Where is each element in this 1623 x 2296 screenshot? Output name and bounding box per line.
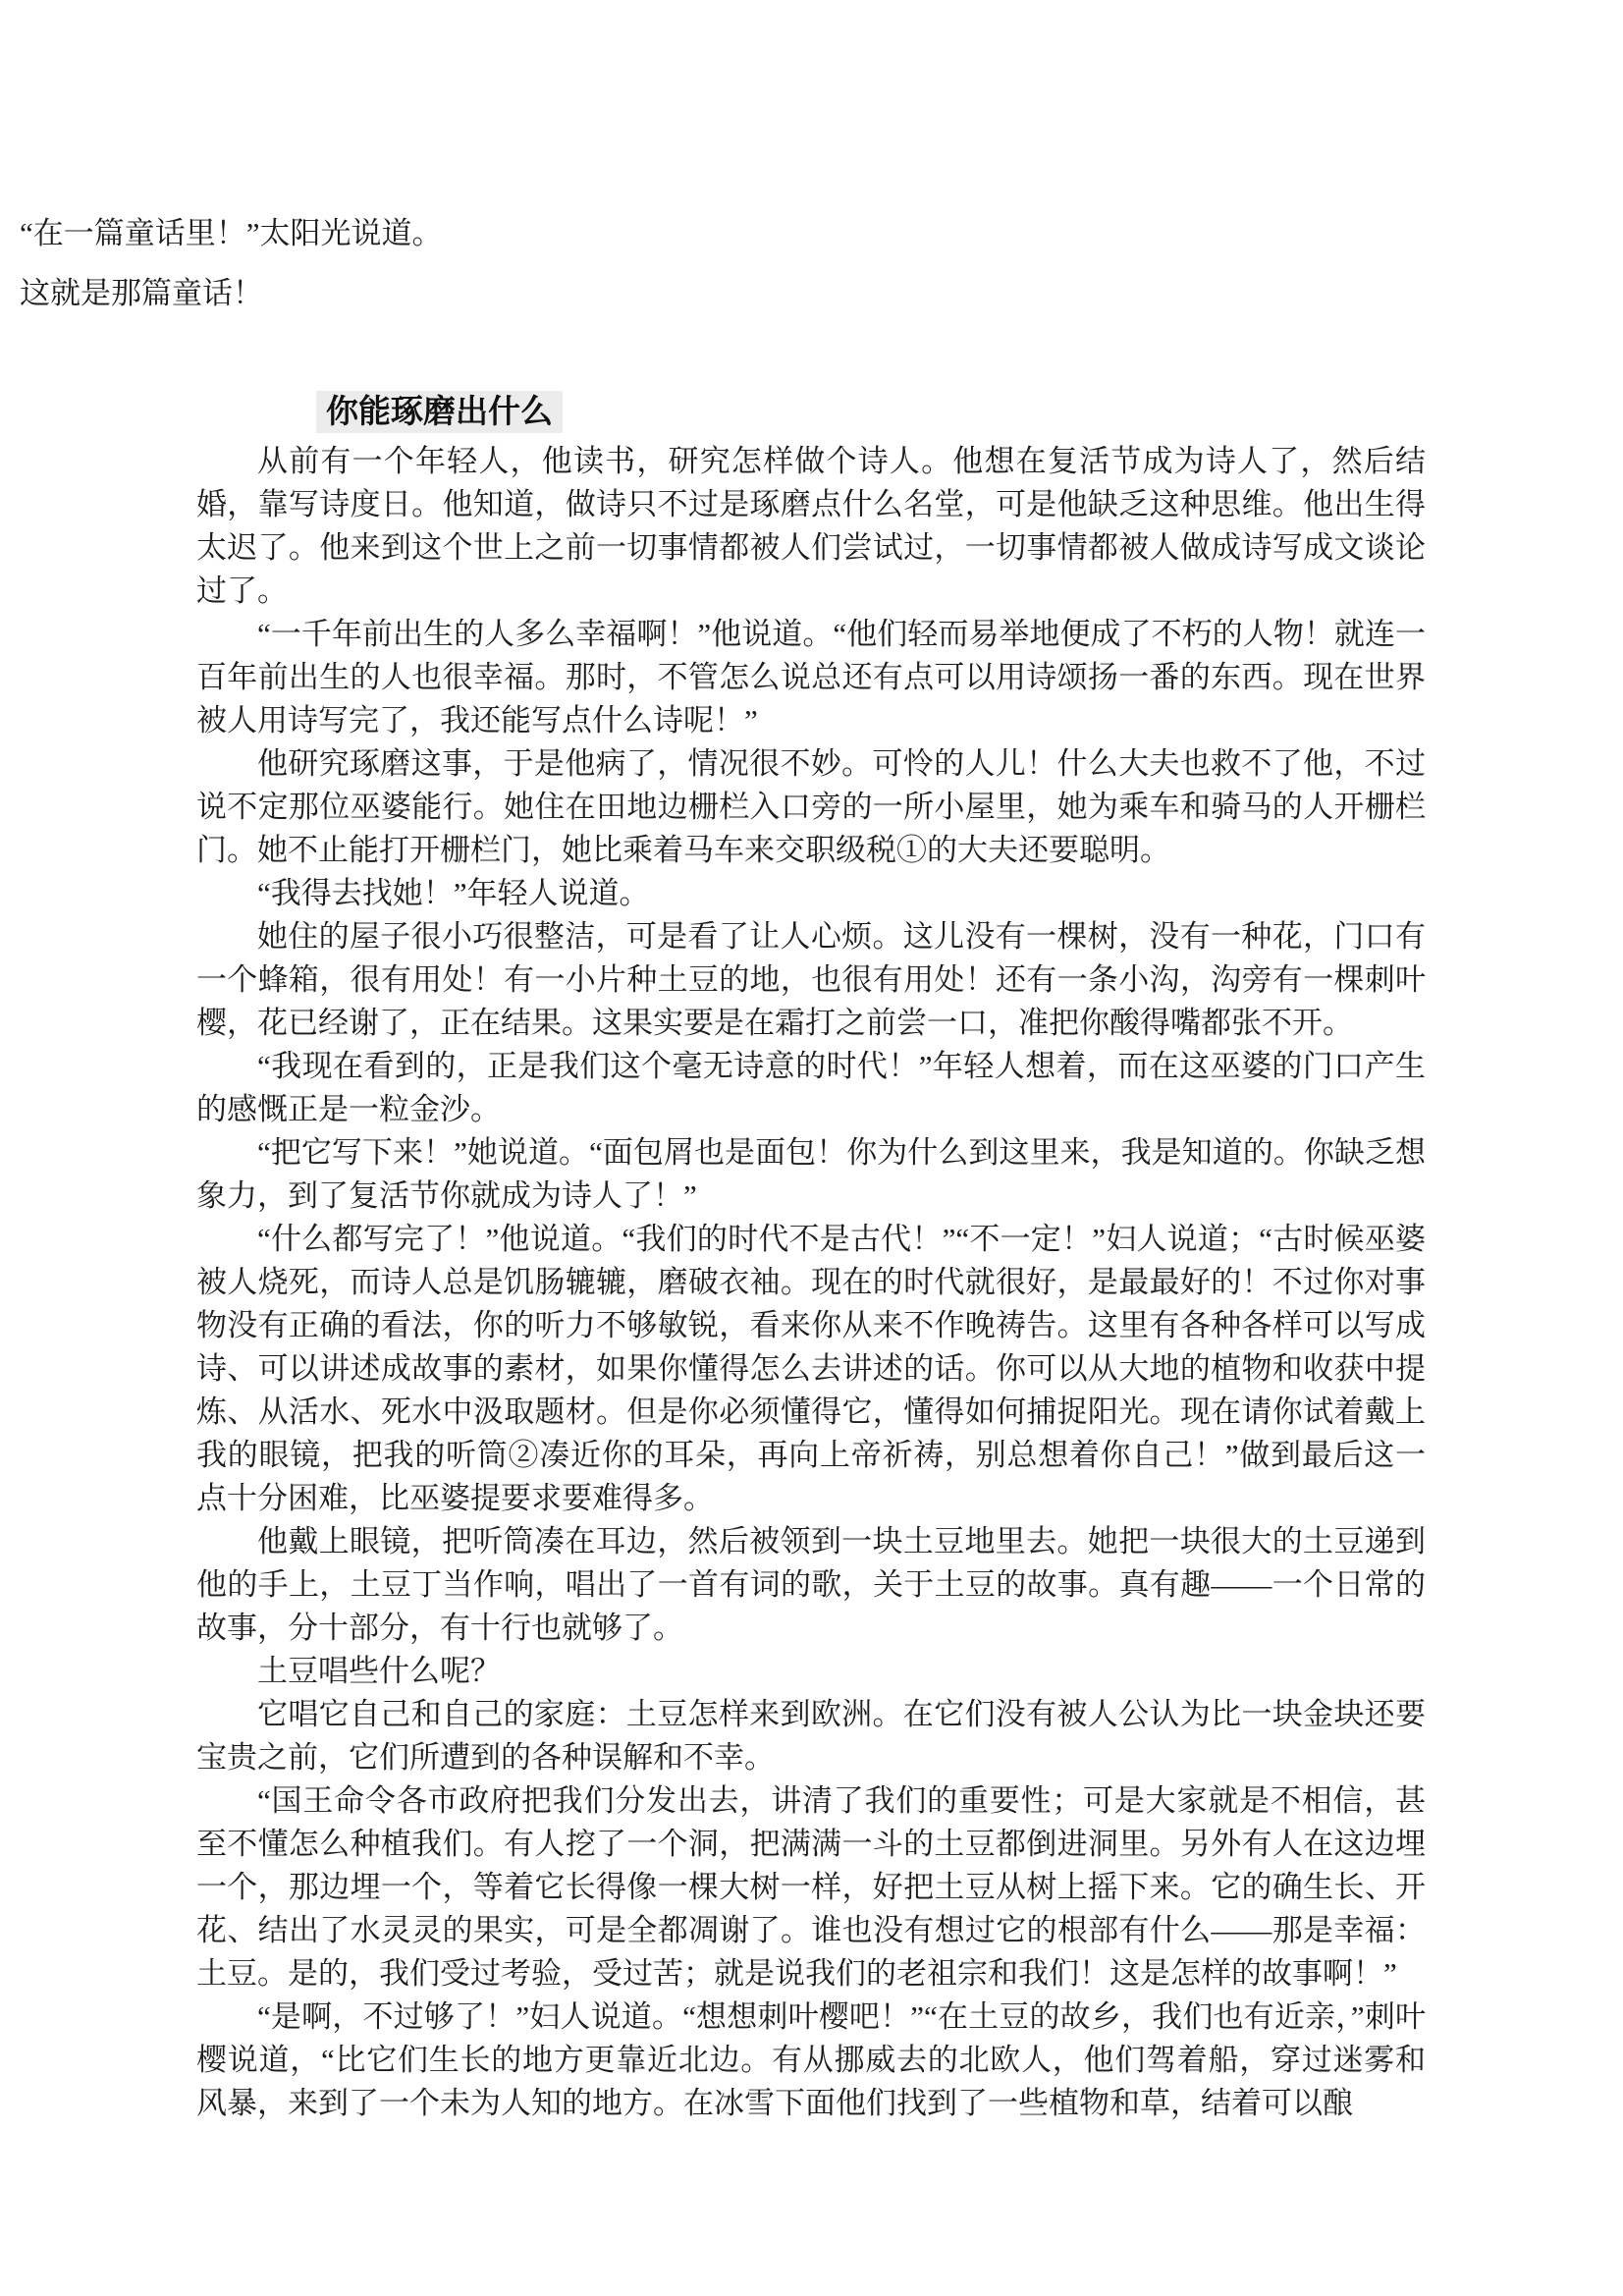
story-paragraph: “一千年前出生的人多么幸福啊！”他说道。“他们轻而易举地便成了不朽的人物！就连一…	[196, 613, 1426, 742]
document-page: “在一篇童话里！”太阳光说道。 这就是那篇童话！ 你能琢磨出什么 从前有一个年轻…	[0, 0, 1623, 2296]
intro-block: “在一篇童话里！”太阳光说道。 这就是那篇童话！	[20, 215, 1394, 335]
story-paragraph: 从前有一个年轻人，他读书，研究怎样做个诗人。他想在复活节成为诗人了，然后结婚，靠…	[196, 440, 1426, 613]
intro-line-this-is-the-tale: 这就是那篇童话！	[20, 275, 1394, 311]
story-title: 你能琢磨出什么	[316, 391, 563, 433]
story-paragraph: “我现在看到的，正是我们这个毫无诗意的时代！”年轻人想着，而在这巫婆的门口产生的…	[196, 1045, 1426, 1131]
story-paragraph: “国王命令各市政府把我们分发出去，讲清了我们的重要性；可是大家就是不相信，甚至不…	[196, 1779, 1426, 1995]
story-paragraph: 土豆唱些什么呢？	[196, 1650, 1426, 1693]
story-body: 从前有一个年轻人，他读书，研究怎样做个诗人。他想在复活节成为诗人了，然后结婚，靠…	[196, 440, 1426, 2125]
story-paragraph: “把它写下来！”她说道。“面包屑也是面包！你为什么到这里来，我是知道的。你缺乏想…	[196, 1131, 1426, 1218]
story-paragraph: 他研究琢磨这事，于是他病了，情况很不妙。可怜的人儿！什么大夫也救不了他，不过说不…	[196, 742, 1426, 872]
story-paragraph: “我得去找她！”年轻人说道。	[196, 872, 1426, 915]
story-paragraph: 他戴上眼镜，把听筒凑在耳边，然后被领到一块土豆地里去。她把一块很大的土豆递到他的…	[196, 1520, 1426, 1650]
document-page-body: { "document": { "colors": { "page_backgr…	[0, 0, 1623, 2296]
story-paragraph: 它唱它自己和自己的家庭：土豆怎样来到欧洲。在它们没有被人公认为比一块金块还要宝贵…	[196, 1693, 1426, 1779]
intro-line-sunlight: “在一篇童话里！”太阳光说道。	[20, 215, 1394, 251]
story-paragraph: 她住的屋子很小巧很整洁，可是看了让人心烦。这儿没有一棵树，没有一种花，门口有一个…	[196, 915, 1426, 1045]
story-block: 你能琢磨出什么 从前有一个年轻人，他读书，研究怎样做个诗人。他想在复活节成为诗人…	[196, 391, 1426, 2125]
story-paragraph: “什么都写完了！”他说道。“我们的时代不是古代！”“不一定！”妇人说道；“古时候…	[196, 1218, 1426, 1520]
story-paragraph: “是啊，不过够了！”妇人说道。“想想刺叶樱吧！”“在土豆的故乡，我们也有近亲，”…	[196, 1995, 1426, 2125]
